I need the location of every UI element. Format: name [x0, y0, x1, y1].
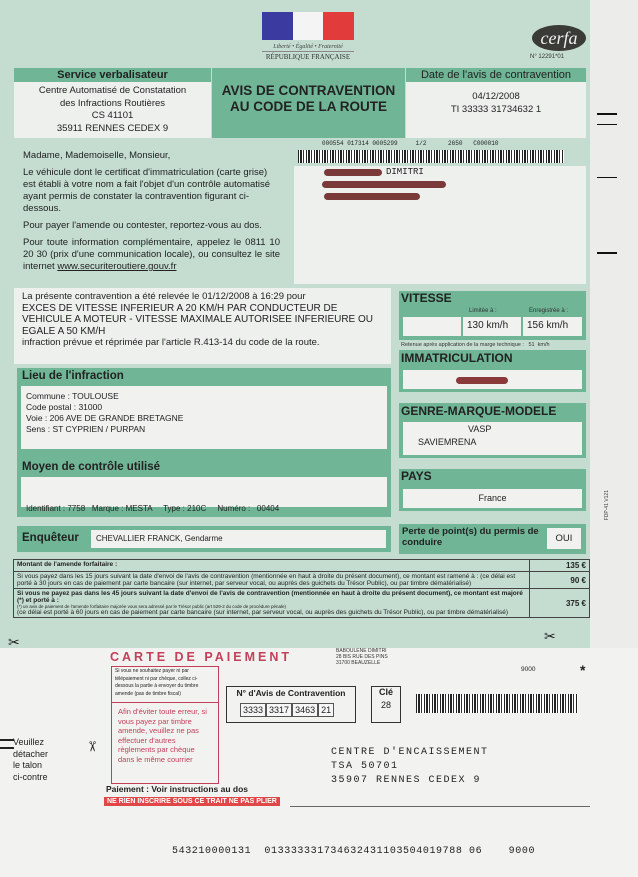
infraction-intro: La présente contravention a été relevée …	[22, 291, 387, 303]
website-link[interactable]: www.securiteroutiere.gouv.fr	[57, 261, 176, 272]
lieu-label: Lieu de l'infraction	[17, 368, 391, 384]
limit-value: 130 km/h	[463, 317, 521, 336]
vitesse-empty-cell	[403, 317, 461, 336]
genre-label: GENRE-MARQUE-MODELE	[401, 404, 556, 418]
fold-mark	[597, 177, 617, 178]
ocr-part: 9000	[509, 846, 535, 857]
letter-paragraph: Pour payer l'amende ou contester, report…	[23, 220, 280, 232]
sender-line: 31700 BEAUZELLE	[336, 660, 388, 666]
title-line-2: AU CODE DE LA ROUTE	[212, 99, 405, 115]
infraction-description: EXCES DE VITESSE INFERIEUR A 20 KM/H PAR…	[22, 303, 387, 338]
detach-note: Veuillez détacher le talon ci-contre	[13, 737, 48, 783]
lieu-line: Code postal : 31000	[26, 402, 382, 413]
service-line: 35911 RENNES CEDEX 9	[14, 123, 211, 136]
scissors-icon: ✂	[83, 741, 100, 753]
retained-speed-note: Retenue après application de la marge te…	[401, 342, 550, 348]
fold-mark	[597, 113, 617, 115]
document-title: AVIS DE CONTRAVENTION AU CODE DE LA ROUT…	[212, 68, 405, 138]
redacted-plate	[456, 377, 508, 384]
genre-section: GENRE-MARQUE-MODELE VASP SAVIEMRENA	[399, 403, 586, 458]
pays-value: France	[403, 489, 582, 508]
cerfa-number: N° 12291*01	[530, 54, 564, 60]
points-section: Perte de point(s) du permis de conduire …	[399, 524, 586, 554]
fees-table: Montant de l'amende forfaitaire : 135 € …	[13, 559, 590, 618]
recorded-label: Enregistrée à :	[529, 308, 568, 314]
lieu-details: Commune : TOULOUSE Code postal : 31000 V…	[21, 386, 387, 449]
fee-label: Montant de l'amende forfaitaire :	[14, 560, 530, 572]
destination-line: 35907 RENNES CEDEX 9	[331, 774, 489, 788]
fee-label: Si vous ne payez pas dans les 45 jours s…	[14, 589, 530, 618]
detach-mark	[0, 739, 14, 741]
avis-number-box: N° d'Avis de Contravention 3333331734632…	[226, 686, 356, 723]
ocr-part: 013333331734632431103504019788 06	[264, 846, 482, 857]
fold-mark	[597, 252, 617, 254]
payment-barcode	[416, 694, 578, 713]
side-code: FDP-41 V121	[604, 490, 610, 520]
lieu-section: Lieu de l'infraction Commune : TOULOUSE …	[17, 368, 391, 460]
ocr-line-separator	[290, 806, 590, 807]
enqueteur-value: CHEVALLIER FRANCK, Gendarme	[91, 530, 386, 548]
immatriculation-label: IMMATRICULATION	[401, 351, 513, 365]
stamp-warning: Afin d'éviter toute erreur, si vous paye…	[112, 703, 218, 768]
payment-card-title: CARTE DE PAIEMENT	[110, 650, 292, 664]
cle-label: Clé	[372, 687, 400, 697]
detach-mark	[0, 747, 14, 749]
lieu-line: Commune : TOULOUSE	[26, 391, 382, 402]
vehicle-genre: VASP	[468, 424, 491, 434]
asterisk-mark: *	[580, 662, 585, 678]
avis-number-value: 33333317346321	[240, 700, 355, 718]
moyen-details: Identifiant : 7758 Marque : MESTA Type :…	[21, 477, 387, 507]
letter-body: Madame, Mademoiselle, Monsieur, Le véhic…	[23, 150, 280, 273]
pays-section: PAYS France	[399, 469, 586, 511]
marianne-logo: Liberté • Égalité • Fraternité RÉPUBLIQU…	[262, 12, 354, 65]
letter-paragraph: Pour toute information complémentaire, a…	[23, 237, 280, 273]
avis-number-part: 3333	[240, 703, 266, 717]
do-not-write-warning: NE RIEN INSCRIRE SOUS CE TRAIT NE PAS PL…	[104, 797, 280, 806]
vehicle-make: SAVIEMRENA	[418, 437, 476, 447]
limit-label: Limitée à :	[469, 308, 497, 314]
service-label: Service verbalisateur	[14, 68, 211, 82]
fee-amount: 135 €	[530, 560, 590, 572]
address-barcode	[298, 150, 564, 163]
lieu-line: Voie : 206 AVE DE GRANDE BRETAGNE	[26, 413, 382, 424]
avis-number-part: 21	[318, 703, 334, 717]
infraction-article: infraction prévue et réprimée par l'arti…	[22, 337, 387, 349]
points-value: OUI	[547, 528, 581, 549]
vitesse-section: VITESSE Limitée à : Enregistrée à : 130 …	[399, 291, 586, 340]
recorded-value: 156 km/h	[523, 317, 582, 336]
fee-note: (ce délai est porté à 60 jours en cas de…	[17, 609, 526, 616]
moyen-label: Moyen de contrôle utilisé	[17, 459, 391, 475]
flag-icon	[262, 12, 354, 40]
avis-number-part: 3463	[292, 703, 318, 717]
enqueteur-label: Enquêteur	[17, 530, 84, 546]
pays-label: PAYS	[401, 469, 432, 483]
title-line-1: AVIS DE CONTRAVENTION	[212, 83, 405, 99]
immatriculation-value	[403, 370, 582, 389]
date-label: Date de l'avis de contravention	[406, 68, 586, 82]
fee-row: Si vous payez dans les 15 jours suivant …	[14, 572, 590, 589]
stamp-instructions: Si vous ne souhaitez payer ni par télépa…	[112, 667, 218, 703]
detach-line: détacher	[13, 749, 48, 761]
fee-amount: 90 €	[530, 572, 590, 589]
service-line: des Infractions Routières	[14, 98, 211, 111]
recipient-first-name: DIMITRI	[386, 167, 424, 177]
enqueteur-section: Enquêteur CHEVALLIER FRANCK, Gendarme	[17, 526, 391, 552]
genre-details: VASP SAVIEMRENA	[403, 422, 582, 455]
destination-line: CENTRE D'ENCAISSEMENT	[331, 746, 489, 760]
detach-line: ci-contre	[13, 772, 48, 784]
infraction-text: La présente contravention a été relevée …	[22, 291, 387, 349]
fold-mark	[597, 124, 617, 125]
vitesse-label: VITESSE	[401, 291, 452, 305]
margin-strip	[590, 0, 638, 648]
points-label: Perte de point(s) du permis de conduire	[402, 526, 542, 548]
destination-line: TSA 50701	[331, 760, 489, 774]
fee-amount: 375 €	[530, 589, 590, 618]
payment-instructions: Paiement : Voir instructions au dos	[106, 784, 248, 794]
stamp-box: Si vous ne souhaitez payer ni par télépa…	[111, 666, 219, 784]
avis-number-part: 3317	[266, 703, 292, 717]
moyen-section: Moyen de contrôle utilisé Identifiant : …	[17, 459, 391, 517]
avis-number-label: N° d'Avis de Contravention	[227, 688, 355, 698]
service-line: CS 41101	[14, 110, 211, 123]
notice-reference: TI 33333 31734632 1	[406, 103, 586, 116]
scissors-icon: ✂	[544, 628, 556, 645]
tracking-line: 000554 017314 0005299 1/2 2650 C000010	[322, 140, 498, 147]
fee-majoration-text: Si vous ne payez pas dans les 45 jours s…	[17, 590, 526, 604]
fee-label: Si vous payez dans les 15 jours suivant …	[14, 572, 530, 589]
motto: Liberté • Égalité • Fraternité	[262, 44, 354, 50]
scissors-icon: ✂	[8, 634, 20, 651]
detach-line: le talon	[13, 760, 48, 772]
payment-card-area	[0, 648, 638, 877]
letter-paragraph: Le véhicule dont le certificat d'immatri…	[23, 167, 280, 215]
ocr-part: 543210000131	[172, 846, 251, 857]
redacted-address	[322, 181, 446, 188]
sender-address: BABOULENE DIMITRI 28 BIS RUE DES PINS 31…	[336, 648, 388, 666]
lieu-line: Sens : ST CYPRIEN / PURPAN	[26, 424, 382, 435]
moyen-line: Identifiant : 7758 Marque : MESTA Type :…	[26, 503, 382, 514]
notice-date: 04/12/2008	[406, 90, 586, 103]
destination-address: CENTRE D'ENCAISSEMENT TSA 50701 35907 RE…	[331, 746, 489, 788]
ocr-line: 543210000131 013333331734632431103504019…	[172, 846, 535, 857]
cle-box: Clé 28	[371, 686, 401, 723]
greeting: Madame, Mademoiselle, Monsieur,	[23, 150, 280, 162]
republic-label: RÉPUBLIQUE FRANÇAISE	[262, 51, 354, 61]
cle-value: 28	[372, 700, 400, 710]
date-block: 04/12/2008 TI 33333 31734632 1	[406, 82, 586, 138]
fee-row: Montant de l'amende forfaitaire : 135 €	[14, 560, 590, 572]
service-address: Centre Automatisé de Constatation des In…	[14, 82, 211, 138]
fee-row: Si vous ne payez pas dans les 45 jours s…	[14, 589, 590, 618]
detach-line: Veuillez	[13, 737, 48, 749]
payment-code: 9000	[521, 666, 535, 673]
service-line: Centre Automatisé de Constatation	[14, 85, 211, 98]
redacted-city	[324, 193, 420, 200]
immatriculation-section: IMMATRICULATION	[399, 350, 586, 392]
redacted-surname	[324, 169, 382, 176]
cerfa-logo: cerfa	[532, 25, 586, 51]
